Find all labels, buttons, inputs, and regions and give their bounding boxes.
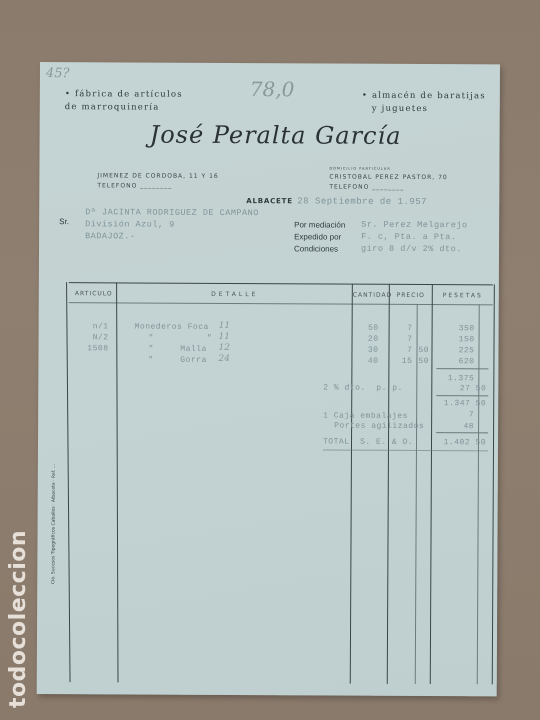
row-pesetas: 620	[434, 357, 474, 366]
total-rule	[436, 432, 488, 433]
por-mediacion-value: Sr. Perez Melgarejo	[361, 220, 467, 231]
table-row: " Gorra 24 40 15 50 620	[40, 62, 500, 64]
table-row: N/2 " " 11 20 7 150	[40, 62, 500, 64]
expedido-label: Expedido por	[294, 232, 341, 241]
invoice-paper: 45? 78,0 • fábrica de artículos de marro…	[37, 62, 500, 696]
pencil-note-amount: 78,0	[250, 77, 295, 101]
total-value: 1.402 50	[428, 438, 486, 447]
col-line	[387, 284, 390, 684]
discount-rule	[436, 395, 488, 396]
row-precio-cents: 50	[418, 357, 429, 366]
row-pencil-mark: 12	[218, 343, 230, 353]
subtotal-value: 1.375	[434, 374, 474, 383]
table-row: n/1 Monederos Foca 11 50 7 350	[40, 62, 500, 64]
row-precio: 7	[390, 346, 412, 355]
row-articulo: n/1	[79, 322, 109, 331]
recipient-city: BADAJOZ.-	[85, 231, 135, 241]
watermark-logo: todocoleccion	[6, 530, 31, 708]
header-cantidad: CANTIDAD	[353, 292, 389, 299]
recipient-street: División Azul, 9	[85, 219, 175, 229]
row-articulo: 1508	[78, 344, 108, 353]
row-pencil-mark: 11	[219, 332, 231, 342]
row-detalle: " "	[149, 334, 213, 343]
row-precio: 7	[391, 324, 413, 333]
row-cantidad: 20	[355, 335, 379, 344]
business-line-3: • almacén de baratijas	[362, 91, 486, 102]
row-pesetas: 350	[435, 324, 475, 333]
bullet-icon: •	[362, 91, 368, 101]
recipient-name: Dª JACINTA RODRIGUEZ DE CAMPANO	[85, 207, 259, 218]
domicilio-label: DOMICILIO PARTICULAR	[329, 167, 390, 171]
col-line	[116, 282, 118, 682]
row-precio: 15	[390, 357, 412, 366]
company-name: José Peralta García	[150, 121, 402, 150]
invoice-date: 28 Septiembre de 1.957	[297, 196, 427, 207]
row-cantidad: 40	[354, 357, 378, 366]
business-line-4: y juguetes	[372, 104, 428, 114]
row-precio-cents: 50	[418, 346, 429, 355]
expedido-value: F. c, Pta. a Pta.	[361, 232, 456, 242]
pencil-note-number: 45?	[46, 66, 70, 81]
col-line	[350, 284, 353, 684]
after-discount-value: 1.347 50	[434, 399, 486, 408]
row-detalle: " Gorra	[148, 356, 206, 365]
city-label: ALBACETE	[246, 197, 293, 205]
business-line-2: de marroquinería	[65, 102, 160, 112]
extra-packaging-label: 1 Caja embalajes	[323, 411, 408, 420]
row-articulo: N/2	[79, 333, 109, 342]
condiciones-value: giro 8 d/v 2% dto.	[361, 244, 462, 255]
sr-label: Sr.	[59, 217, 69, 226]
extra-packaging-value: 7	[434, 410, 474, 419]
row-cantidad: 50	[355, 324, 379, 333]
table-row: 1508 " Malla 12 30 7 50 225	[40, 62, 500, 64]
row-pencil-mark: 11	[219, 321, 231, 331]
row-detalle: " Malla	[148, 345, 206, 354]
col-line	[477, 304, 480, 684]
col-line	[66, 282, 70, 682]
discount-value: 27 50	[434, 384, 486, 393]
home-phone-label: TELEFONO ________	[329, 184, 404, 191]
header-articulo: ARTICULO	[71, 290, 117, 297]
row-detalle: Monederos Foca	[135, 322, 209, 331]
por-mediacion-label: Por mediación	[294, 220, 345, 229]
business-address: JIMENEZ DE CORDOBA, 11 Y 16	[97, 172, 218, 180]
subtotal-rule	[436, 368, 488, 369]
row-pesetas: 150	[435, 335, 475, 344]
condiciones-label: Condiciones	[294, 244, 338, 253]
extra-shipping-label: Portes agilizados	[334, 422, 424, 431]
extra-shipping-value: 48	[434, 422, 474, 431]
row-pencil-mark: 24	[218, 354, 230, 364]
business-phone-label: TELEFONO ________	[97, 182, 172, 189]
col-line	[415, 304, 418, 684]
row-pesetas: 225	[434, 346, 474, 355]
printer-imprint: Cía. Sucesos Tipográficos Caballos · Alb…	[51, 464, 57, 584]
col-line	[492, 284, 495, 684]
discount-label: 2 % dto. p. p.	[323, 383, 403, 392]
business-line-1: • fábrica de artículos	[65, 89, 183, 100]
row-precio: 7	[391, 335, 413, 344]
home-address: CRISTOBAL PEREZ PASTOR, 70	[329, 174, 447, 182]
header-precio: PRECIO	[390, 292, 432, 299]
col-line	[430, 284, 433, 684]
table-header-border	[69, 302, 493, 305]
total-label: TOTAL S. E. & O.	[323, 437, 413, 446]
header-detalle: DETALLE	[119, 290, 351, 298]
total-underline	[323, 449, 488, 451]
row-cantidad: 30	[354, 346, 378, 355]
bullet-icon: •	[65, 89, 71, 99]
header-pesetas: PESETAS	[433, 292, 493, 299]
table-top-border	[69, 282, 493, 285]
